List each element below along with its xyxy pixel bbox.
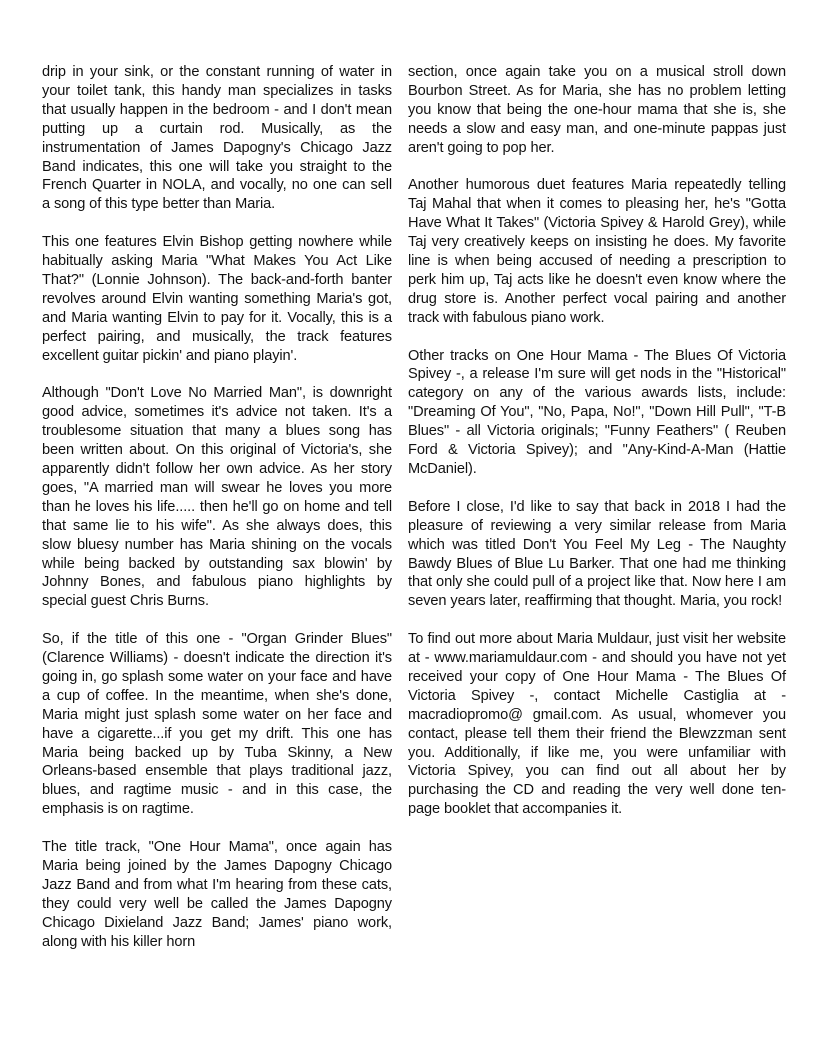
paragraph-right-4: Before I close, I'd like to say that bac… (408, 498, 786, 611)
paragraph-left-1: drip in your sink, or the constant runni… (42, 63, 392, 214)
paragraph-left-3: Although "Don't Love No Married Man", is… (42, 384, 392, 611)
paragraph-right-3: Other tracks on One Hour Mama - The Blue… (408, 347, 786, 479)
paragraph-left-4: So, if the title of this one - "Organ Gr… (42, 630, 392, 819)
paragraph-left-5: The title track, "One Hour Mama", once a… (42, 838, 392, 951)
left-column: drip in your sink, or the constant runni… (42, 63, 392, 952)
paragraph-right-1: section, once again take you on a musica… (408, 63, 786, 158)
paragraph-left-2: This one features Elvin Bishop getting n… (42, 233, 392, 365)
document-page: drip in your sink, or the constant runni… (0, 0, 816, 1056)
right-column: section, once again take you on a musica… (408, 63, 786, 819)
paragraph-right-5: To find out more about Maria Muldaur, ju… (408, 630, 786, 819)
paragraph-right-2: Another humorous duet features Maria rep… (408, 176, 786, 327)
